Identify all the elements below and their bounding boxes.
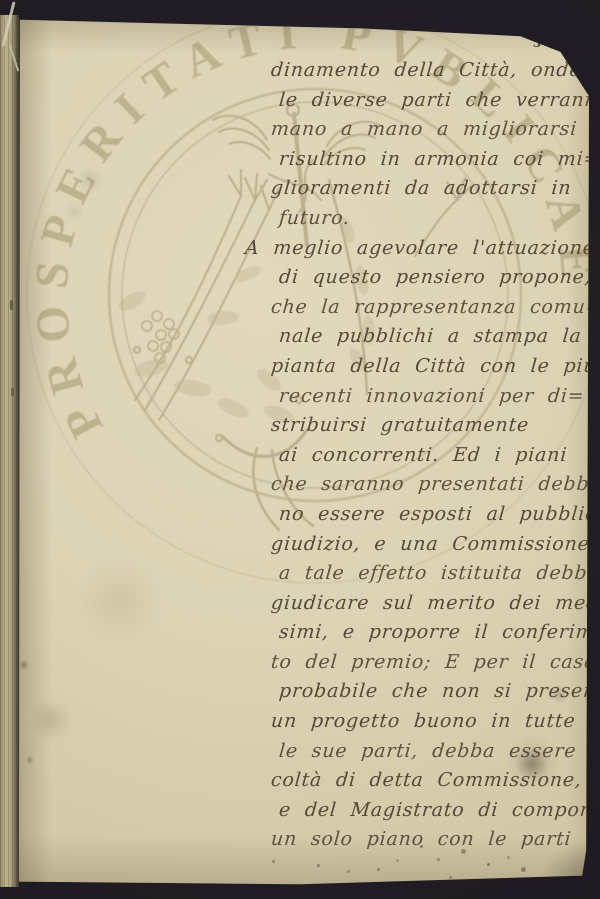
- book-fore-edge: [0, 15, 19, 887]
- manuscript-photo: { "document": { "type": "handwritten man…: [0, 0, 600, 899]
- manuscript-line: che la rappresentanza comu=: [244, 293, 583, 323]
- manuscript-line: dinamento della Città, onde: [244, 56, 583, 86]
- manuscript-line: recenti innovazioni per di=: [244, 382, 583, 412]
- manuscript-line: giudizio, e una Commissione: [244, 530, 583, 560]
- manuscript-line: le diverse parti che verranno: [244, 86, 583, 116]
- manuscript-page: PROSPERITATI PVBLICAE: [17, 18, 589, 886]
- manuscript-line: glioramenti da adottarsi in: [244, 174, 583, 204]
- manuscript-line: un progetto buono in tutte: [244, 707, 583, 737]
- manuscript-line: mano a mano a migliorarsi: [244, 115, 583, 145]
- manuscript-line: probabile che non si presenti: [244, 677, 583, 707]
- manuscript-line: pianta della Città con le più: [244, 352, 583, 382]
- manuscript-line: le sue parti, debba essere in fa=: [244, 737, 583, 767]
- manuscript-line: to del premio; E per il caso: [244, 648, 583, 678]
- manuscript-line: a tale effetto istituita debba: [244, 559, 583, 589]
- manuscript-line: nale pubblichi a stampa la: [244, 322, 583, 352]
- binding-stitch: [11, 388, 14, 396]
- manuscript-line: giudicare sul merito dei mede=: [244, 589, 583, 619]
- manuscript-text: dinamento della Città, ondele diverse pa…: [245, 56, 581, 855]
- manuscript-line: simi, e proporre il conferimen=: [244, 618, 583, 648]
- manuscript-line: futuro.: [244, 204, 583, 234]
- manuscript-line: di questo pensiero propone,: [244, 263, 583, 293]
- manuscript-line: coltà di detta Commissione,: [244, 766, 583, 796]
- manuscript-line: ai concorrenti. Ed i piani: [244, 441, 583, 471]
- manuscript-line: un solo piano con le parti: [244, 825, 583, 855]
- binding-stitch: [10, 300, 13, 310]
- manuscript-line: che saranno presentati debba=: [244, 470, 583, 500]
- manuscript-line: e del Magistrato di comporre: [244, 796, 583, 826]
- page-number: 3: [525, 36, 549, 50]
- manuscript-line: risultino in armonia coi mi=: [244, 145, 583, 175]
- manuscript-line: no essere esposti al pubblico: [244, 500, 583, 530]
- manuscript-line: stribuirsi gratuitamente: [244, 411, 583, 441]
- manuscript-line: A meglio agevolare l'attuazione: [244, 234, 583, 264]
